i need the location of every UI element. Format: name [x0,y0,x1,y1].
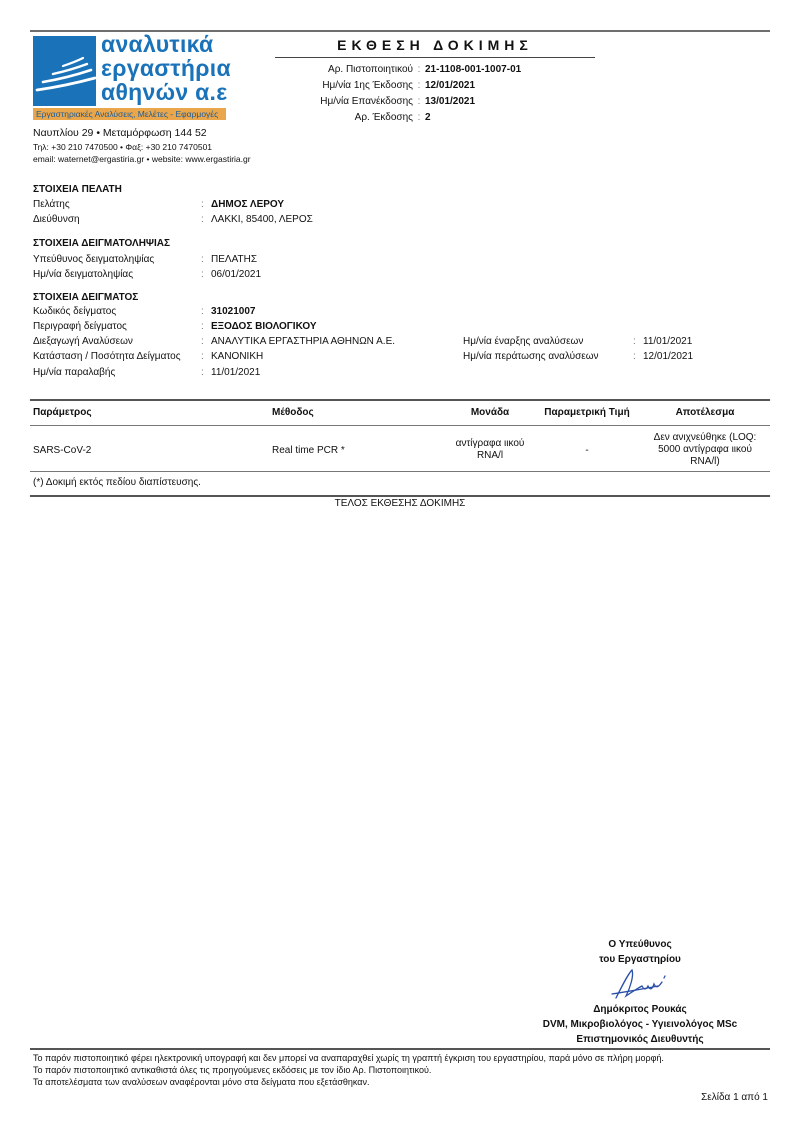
field-separator: : [201,213,211,227]
field-value: 06/01/2021 [211,268,261,282]
accreditation-footnote: (*) Δοκιμή εκτός πεδίου διαπίστευσης. [33,477,201,488]
company-address: Ναυπλίου 29 • Μεταμόρφωση 144 52 [33,127,207,139]
sample-row: Διεξαγωγή Αναλύσεων : ΑΝΑΛΥΤΙΚΑ ΕΡΓΑΣΤΗΡ… [33,335,395,349]
meta-row-reissue: Ημ/νία Επανέκδοσης : 13/01/2021 [270,94,521,110]
meta-value: 21-1108-001-1007-01 [425,62,521,78]
analysis-end-row: Ημ/νία περάτωσης αναλύσεων : 12/01/2021 [463,350,693,364]
meta-separator: : [413,62,425,78]
sampling-row: Υπεύθυνος δειγματοληψίας : ΠΕΛΑΤΗΣ [33,253,257,267]
field-value: ΛΑΚΚΙ, 85400, ΛΕΡΟΣ [211,213,313,227]
meta-row-certificate: Αρ. Πιστοποιητικού : 21-1108-001-1007-01 [270,62,521,78]
sample-row: Κατάσταση / Ποσότητα Δείγματος : ΚΑΝΟΝΙΚ… [33,350,263,364]
field-separator: : [633,335,643,349]
company-name: αναλυτικά εργαστήρια αθηνών α.ε [101,32,231,104]
page-number: Σελίδα 1 από 1 [701,1092,768,1103]
field-value: 11/01/2021 [211,366,260,380]
unit-line: RNA/l [430,450,550,462]
signatory-credentials: DVM, Μικροβιολόγος - Υγιεινολόγος MSc [520,1017,760,1032]
field-value: ΚΑΝΟΝΙΚΗ [211,350,263,364]
disclaimer-line: Το παρόν πιστοποιητικό φέρει ηλεκτρονική… [33,1052,664,1064]
company-contact: email: waternet@ergastiria.gr • website:… [33,154,251,164]
cell-parametric-value: - [537,445,637,457]
field-separator: : [201,366,211,380]
unit-line: αντίγραφα ιικού [430,438,550,450]
sampling-row: Ημ/νία δειγματοληψίας : 06/01/2021 [33,268,261,282]
field-value: 11/01/2021 [643,335,692,349]
logo-line-2: εργαστήρια [101,56,231,80]
signatory-name: Δημόκριτος Ρουκάς [520,1002,760,1017]
meta-value: 2 [425,110,431,126]
cell-method: Real time PCR * [272,445,345,457]
field-label: Κατάσταση / Ποσότητα Δείγματος [33,350,201,364]
result-line: 5000 αντίγραφα ιικού [640,444,770,456]
field-label: Ημ/νία δειγματοληψίας [33,268,201,282]
meta-value: 13/01/2021 [425,94,475,110]
meta-separator: : [413,78,425,94]
meta-separator: : [413,94,425,110]
field-separator: : [201,335,211,349]
client-row: Πελάτης : ΔΗΜΟΣ ΛΕΡΟΥ [33,198,284,212]
cell-unit: αντίγραφα ιικού RNA/l [430,438,550,462]
company-tagline: Εργαστηριακές Αναλύσεις, Μελέτες - Εφαρμ… [33,108,226,120]
meta-separator: : [413,110,425,126]
header-parametric-value: Παραμετρική Τιμή [537,407,637,418]
field-separator: : [201,253,211,267]
disclaimer: Το παρόν πιστοποιητικό φέρει ηλεκτρονική… [33,1052,664,1088]
result-line: RNA/l) [640,456,770,468]
signature-icon [608,968,668,1005]
company-logo-icon [33,36,96,106]
report-meta: Αρ. Πιστοποιητικού : 21-1108-001-1007-01… [270,62,521,126]
logo-line-3: αθηνών α.ε [101,80,231,104]
meta-label: Ημ/νία 1ης Έκδοσης [270,78,413,94]
field-separator: : [633,350,643,364]
field-value: 12/01/2021 [643,350,693,364]
field-label: Διεξαγωγή Αναλύσεων [33,335,201,349]
field-value: ΔΗΜΟΣ ΛΕΡΟΥ [211,198,284,212]
header-rule [30,425,770,426]
analysis-start-row: Ημ/νία έναρξης αναλύσεων : 11/01/2021 [463,335,692,349]
logo-line-1: αναλυτικά [101,32,231,56]
field-label: Κωδικός δείγματος [33,305,201,319]
field-label: Ημ/νία παραλαβής [33,366,201,380]
sample-row: Περιγραφή δείγματος : ΕΞΟΔΟΣ ΒΙΟΛΟΓΙΚΟΥ [33,320,317,334]
sample-heading: ΣΤΟΙΧΕΙΑ ΔΕΙΓΜΑΤΟΣ [33,292,138,303]
result-line: Δεν ανιχνεύθηκε (LOQ: [640,432,770,444]
field-separator: : [201,350,211,364]
role-line: Ο Υπεύθυνος [520,937,760,952]
report-title: ΕΚΘΕΣΗ ΔΟΚΙΜΗΣ [275,37,595,53]
field-separator: : [201,305,211,319]
field-value: ΑΝΑΛΥΤΙΚΑ ΕΡΓΑΣΤΗΡΙΑ ΑΘΗΝΩΝ Α.Ε. [211,335,395,349]
sample-row: Ημ/νία παραλαβής : 11/01/2021 [33,366,260,380]
client-heading: ΣΤΟΙΧΕΙΑ ΠΕΛΑΤΗ [33,184,122,195]
sample-row: Κωδικός δείγματος : 31021007 [33,305,256,319]
meta-row-first-issue: Ημ/νία 1ης Έκδοσης : 12/01/2021 [270,78,521,94]
field-label: Περιγραφή δείγματος [33,320,201,334]
meta-row-issue-number: Αρ. Έκδοσης : 2 [270,110,521,126]
end-rule [30,495,770,497]
cell-parameter: SARS-CoV-2 [33,445,91,457]
table-bottom-rule [30,471,770,472]
field-label: Πελάτης [33,198,201,212]
field-value: ΠΕΛΑΤΗΣ [211,253,257,267]
disclaimer-line: Το παρόν πιστοποιητικό αντικαθιστά όλες … [33,1064,664,1076]
title-rule [275,57,595,58]
meta-label: Αρ. Έκδοσης [270,110,413,126]
sampling-heading: ΣΤΟΙΧΕΙΑ ΔΕΙΓΜΑΤΟΛΗΨΙΑΣ [33,238,170,249]
meta-label: Αρ. Πιστοποιητικού [270,62,413,78]
header-method: Μέθοδος [272,407,314,418]
signatory-role: Ο Υπεύθυνος του Εργαστηρίου [520,937,760,967]
cell-result: Δεν ανιχνεύθηκε (LOQ: 5000 αντίγραφα ιικ… [640,432,770,468]
header-parameter: Παράμετρος [33,407,92,418]
field-label: Ημ/νία περάτωσης αναλύσεων [463,350,633,364]
meta-label: Ημ/νία Επανέκδοσης [270,94,413,110]
meta-value: 12/01/2021 [425,78,475,94]
field-separator: : [201,198,211,212]
header-result: Αποτέλεσμα [645,407,765,418]
signatory-details: Δημόκριτος Ρουκάς DVM, Μικροβιολόγος - Υ… [520,1002,760,1047]
footer-rule [30,1048,770,1050]
field-label: Ημ/νία έναρξης αναλύσεων [463,335,633,349]
field-value: 31021007 [211,305,256,319]
signatory-title: Επιστημονικός Διευθυντής [520,1032,760,1047]
disclaimer-line: Τα αποτελέσματα των αναλύσεων αναφέροντα… [33,1076,664,1088]
table-top-rule [30,399,770,401]
field-label: Διεύθυνση [33,213,201,227]
field-label: Υπεύθυνος δειγματοληψίας [33,253,201,267]
company-phones: Τηλ: +30 210 7470500 • Φαξ: +30 210 7470… [33,142,212,152]
end-of-report: ΤΕΛΟΣ ΕΚΘΕΣΗΣ ΔΟΚΙΜΗΣ [0,498,800,509]
field-separator: : [201,268,211,282]
header-unit: Μονάδα [440,407,540,418]
field-value: ΕΞΟΔΟΣ ΒΙΟΛΟΓΙΚΟΥ [211,320,317,334]
client-row: Διεύθυνση : ΛΑΚΚΙ, 85400, ΛΕΡΟΣ [33,213,313,227]
field-separator: : [201,320,211,334]
role-line: του Εργαστηρίου [520,952,760,967]
